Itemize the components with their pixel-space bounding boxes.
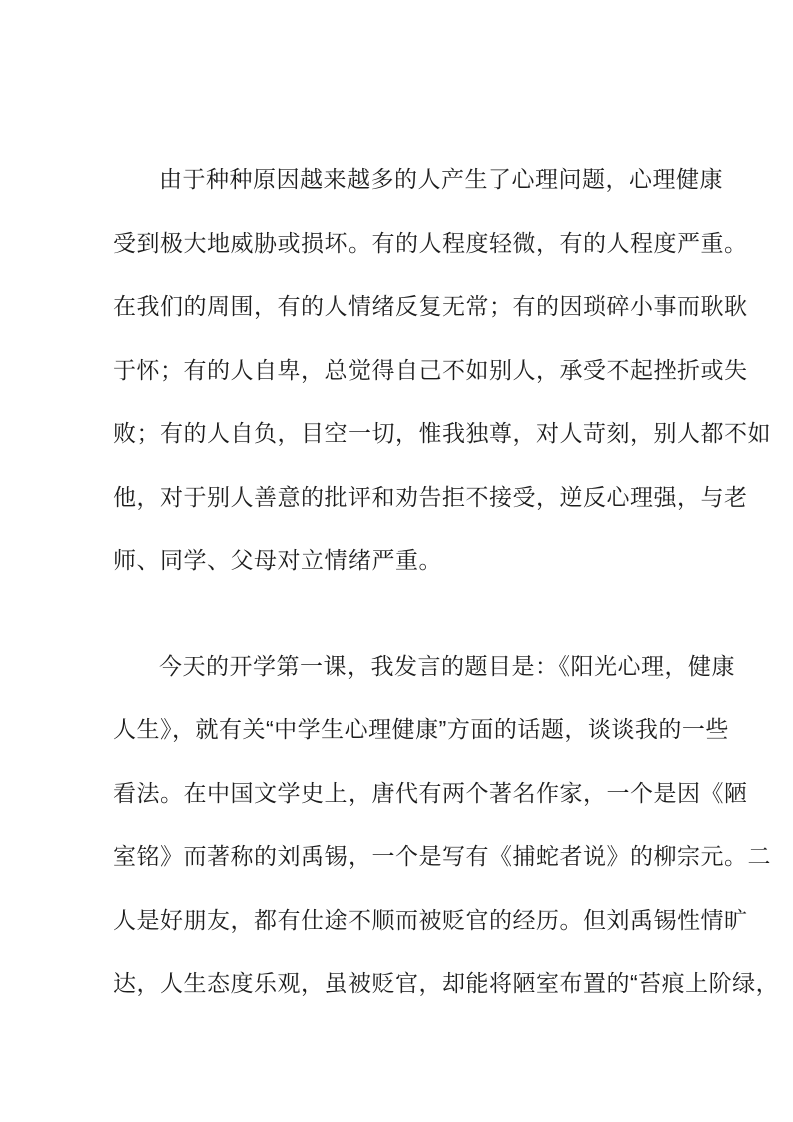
text-line: 师、同学、父母对立情绪严重。 — [113, 529, 713, 593]
text-line: 看法。在中国文学史上，唐代有两个著名作家，一个是因《陋 — [113, 762, 713, 826]
paragraph-1: 由于种种原因越来越多的人产生了心理问题，心理健康 受到极大地威胁或损坏。有的人程… — [113, 148, 713, 593]
text-line: 败；有的人自负，目空一切，惟我独尊，对人苛刻，别人都不如 — [113, 402, 713, 466]
document-text-block: 由于种种原因越来越多的人产生了心理问题，心理健康 受到极大地威胁或损坏。有的人程… — [113, 148, 713, 1016]
paragraph-2: 今天的开学第一课，我发言的题目是：《阳光心理，健康 人生》，就有关“中学生心理健… — [113, 635, 713, 1016]
text-line: 由于种种原因越来越多的人产生了心理问题，心理健康 — [113, 148, 713, 212]
text-line: 于怀；有的人自卑，总觉得自己不如别人，承受不起挫折或失 — [113, 339, 713, 403]
text-line: 今天的开学第一课，我发言的题目是：《阳光心理，健康 — [113, 635, 713, 699]
text-line: 人是好朋友，都有仕途不顺而被贬官的经历。但刘禹锡性情旷 — [113, 889, 713, 953]
text-line: 在我们的周围，有的人情绪反复无常；有的因琐碎小事而耿耿 — [113, 275, 713, 339]
text-line: 受到极大地威胁或损坏。有的人程度轻微，有的人程度严重。 — [113, 212, 713, 276]
text-line: 达，人生态度乐观，虽被贬官，却能将陋室布置的“苔痕上阶绿， — [113, 952, 713, 1016]
document-page: 由于种种原因越来越多的人产生了心理问题，心理健康 受到极大地威胁或损坏。有的人程… — [0, 0, 793, 1122]
text-line: 他，对于别人善意的批评和劝告拒不接受，逆反心理强，与老 — [113, 466, 713, 530]
text-line: 人生》，就有关“中学生心理健康”方面的话题，谈谈我的一些 — [113, 698, 713, 762]
text-line: 室铭》而著称的刘禹锡，一个是写有《捕蛇者说》的柳宗元。二 — [113, 825, 713, 889]
